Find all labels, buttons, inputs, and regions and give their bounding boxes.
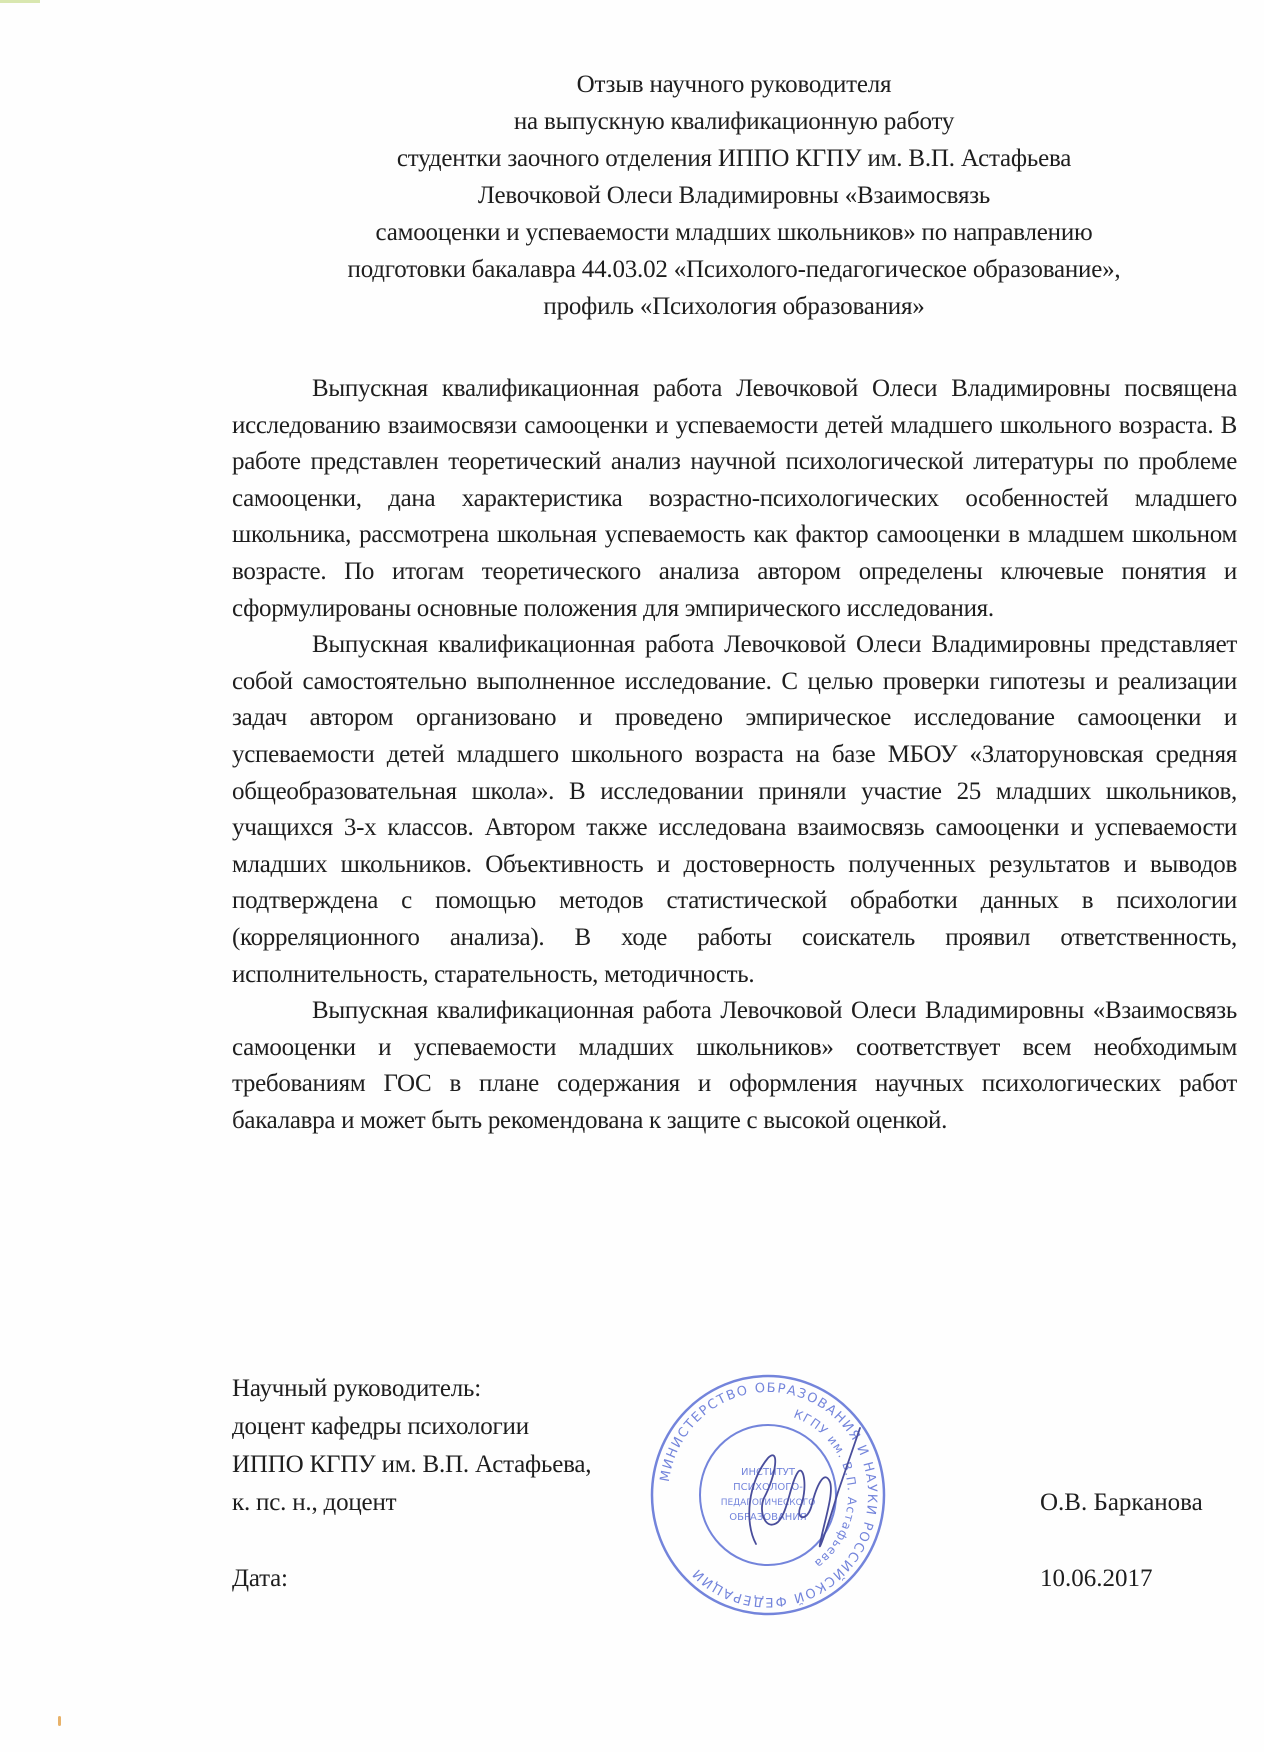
signer-institution: ИППО КГПУ им. В.П. Астафьева, <box>232 1446 591 1484</box>
heading-line: подготовки бакалавра 44.03.02 «Психолого… <box>232 251 1236 288</box>
stamp-center-line: ИНСТИТУТ <box>741 1467 796 1478</box>
scan-artifact <box>0 0 40 3</box>
signer-role: Научный руководитель: <box>232 1370 591 1408</box>
signer-position: доцент кафедры психологии <box>232 1408 591 1446</box>
signature-block: Научный руководитель: доцент кафедры пси… <box>232 1370 591 1598</box>
signer-name: О.В. Барканова <box>1040 1484 1203 1522</box>
document-page: Отзыв научного руководителя на выпускную… <box>0 0 1264 1752</box>
document-heading: Отзыв научного руководителя на выпускную… <box>232 66 1236 325</box>
review-body: Выпускная квалификационная работа Левочк… <box>232 371 1237 1139</box>
date-value: 10.06.2017 <box>1040 1560 1153 1598</box>
official-stamp-icon: МИНИСТЕРСТВО ОБРАЗОВАНИЯ И НАУКИ РОССИЙС… <box>648 1372 888 1618</box>
paragraph-topic: Выпускная квалификационная работа Левочк… <box>232 371 1237 627</box>
date-label: Дата: <box>232 1560 591 1598</box>
heading-line: Отзыв научного руководителя <box>232 66 1236 103</box>
stamp-center-line: ОБРАЗОВАНИЯ <box>729 1512 807 1523</box>
signer-degree: к. пс. н., доцент <box>232 1484 591 1522</box>
heading-line: Левочковой Олеси Владимировны «Взаимосвя… <box>232 177 1236 214</box>
heading-line: профиль «Психология образования» <box>232 288 1236 325</box>
scan-artifact <box>58 1716 61 1726</box>
heading-line: на выпускную квалификационную работу <box>232 103 1236 140</box>
heading-line: студентки заочного отделения ИППО КГПУ и… <box>232 140 1236 177</box>
paragraph-research: Выпускная квалификационная работа Левочк… <box>232 627 1237 993</box>
heading-line: самооценки и успеваемости младших школьн… <box>232 214 1236 251</box>
paragraph-conclusion: Выпускная квалификационная работа Левочк… <box>232 993 1237 1139</box>
